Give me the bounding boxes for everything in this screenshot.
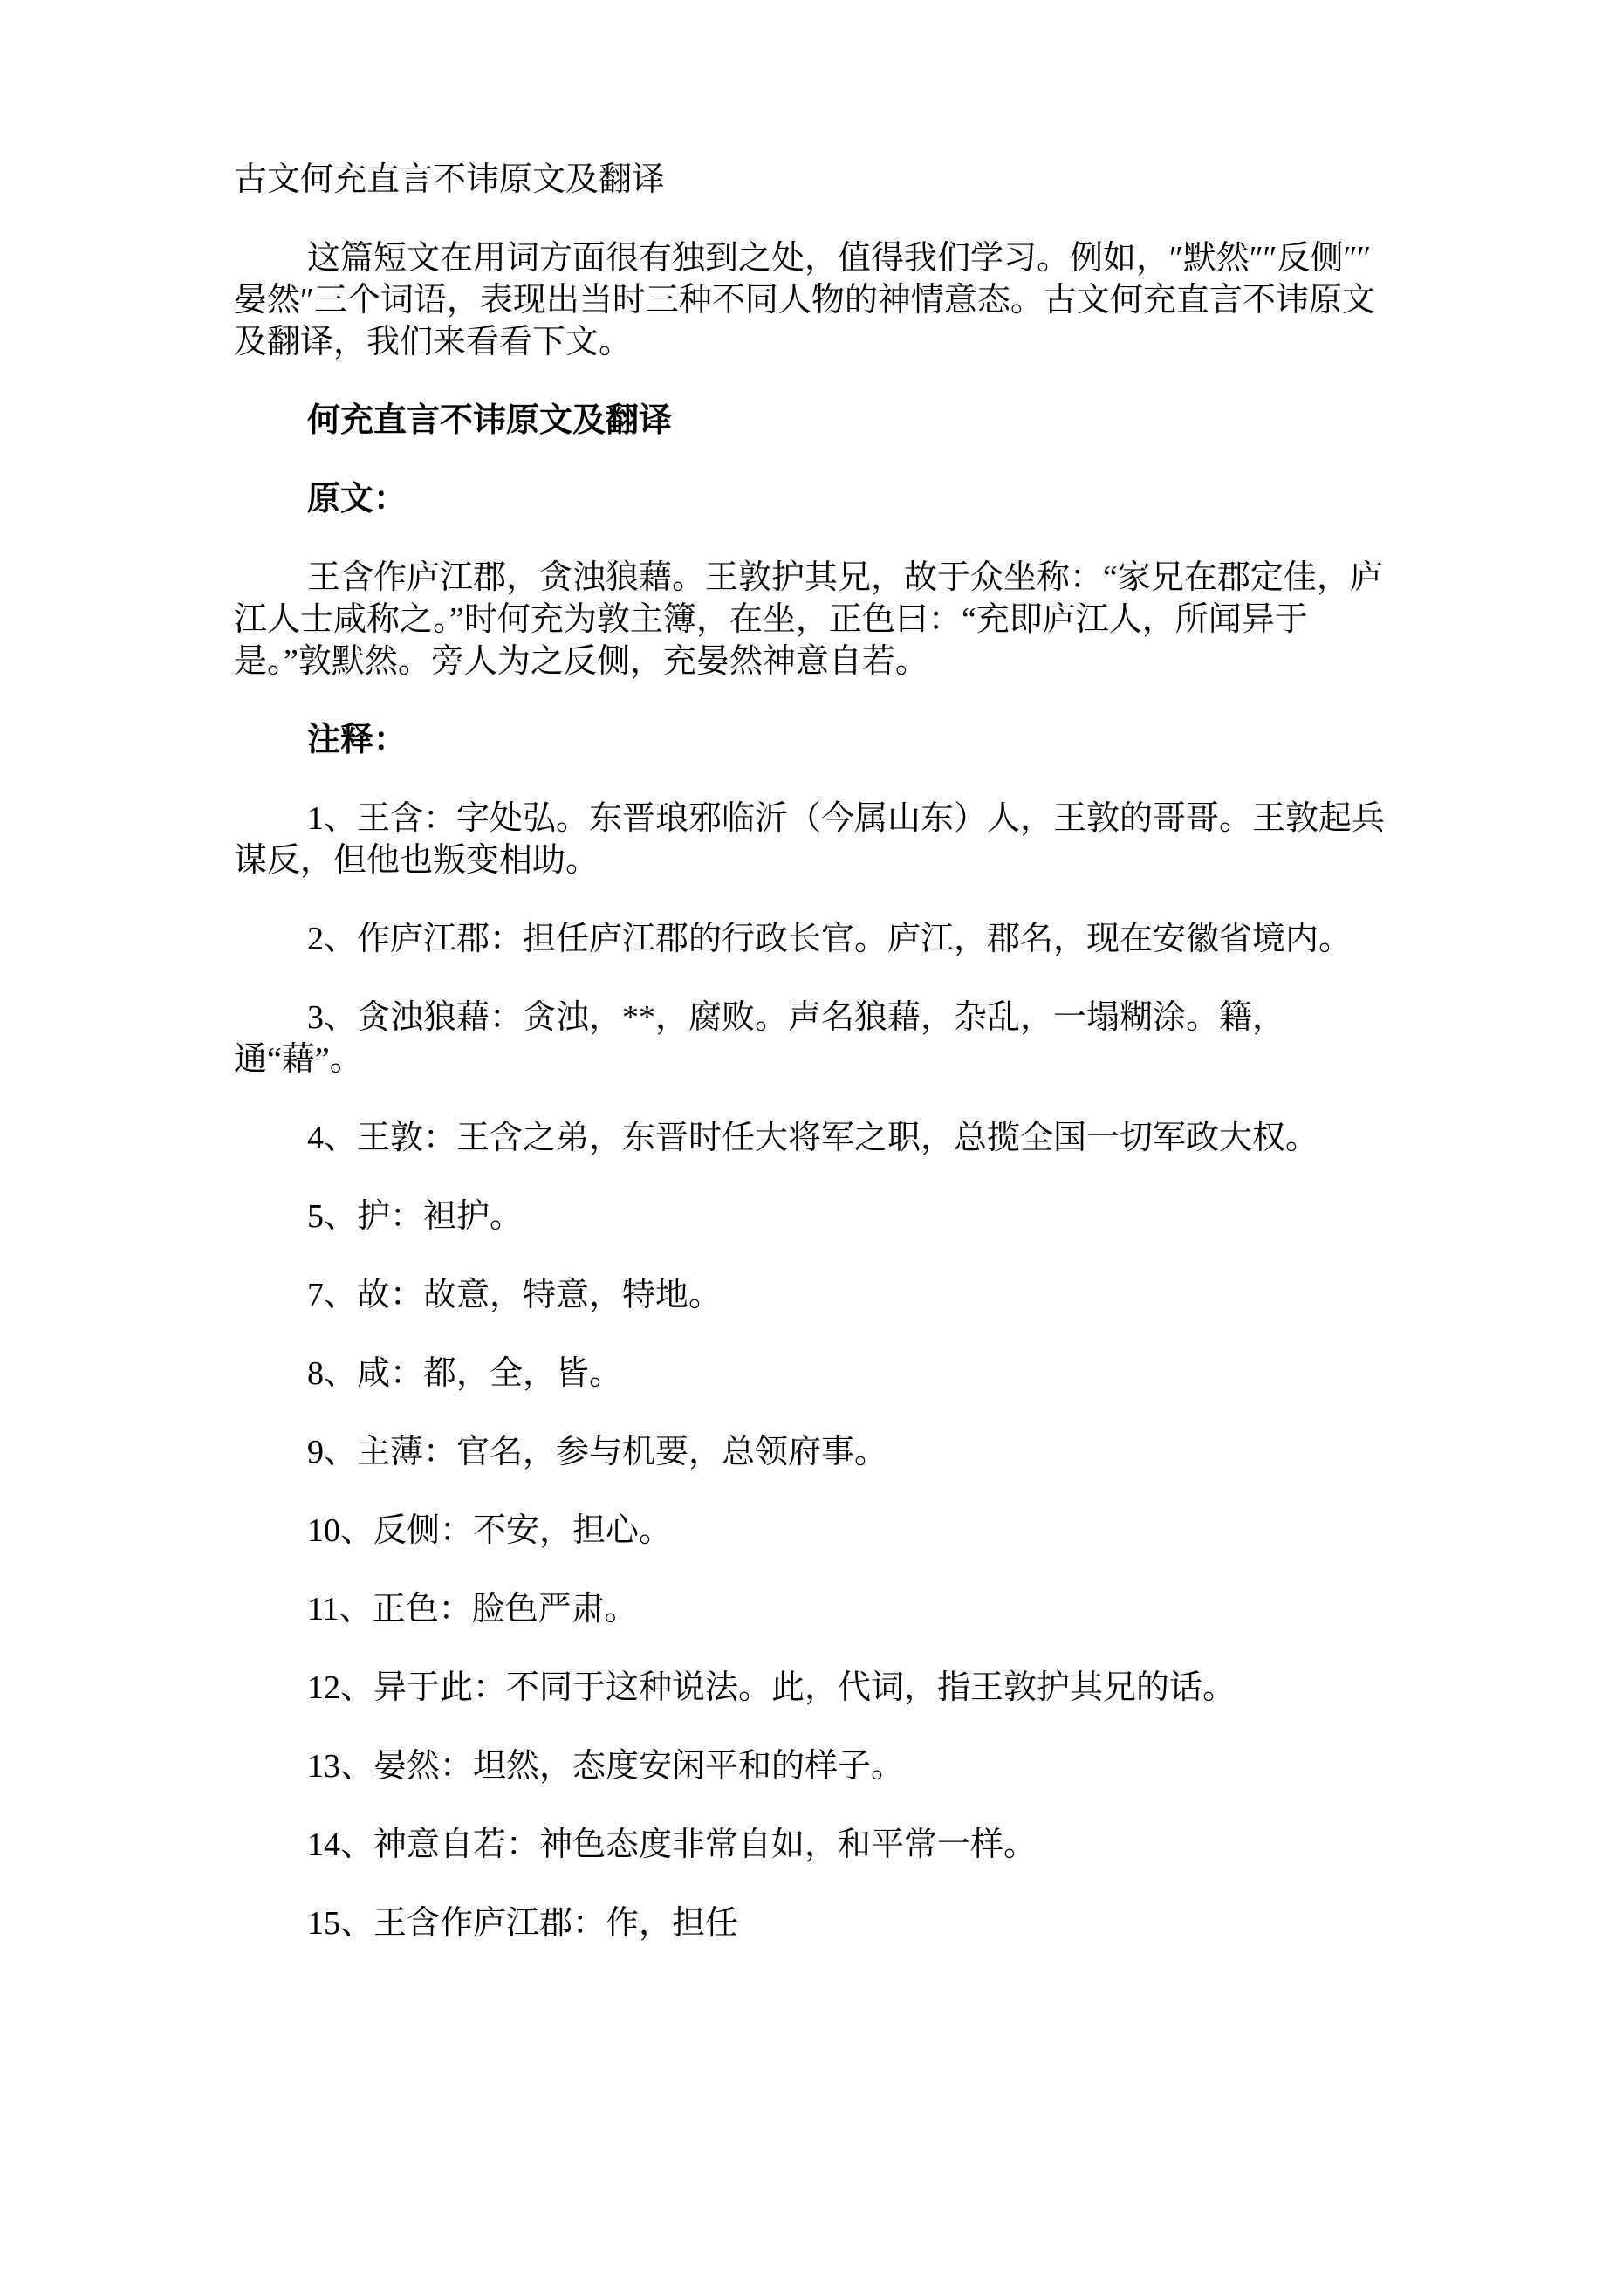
note-item-14: 14、神意自若：神色态度非常自如，和平常一样。 [234,1824,1389,1866]
note-item-2: 2、作庐江郡：担任庐江郡的行政长官。庐江，郡名，现在安徽省境内。 [234,918,1389,960]
original-heading: 原文： [234,478,1389,520]
note-item-15: 15、王含作庐江郡：作，担任 [234,1902,1389,1944]
notes-heading: 注释： [234,719,1389,761]
page-title: 古文何充直言不讳原文及翻译 [234,159,1389,201]
document-page: 古文何充直言不讳原文及翻译 这篇短文在用词方面很有独到之处，值得我们学习。例如，… [0,0,1623,2296]
note-item-10: 10、反侧：不安，担心。 [234,1510,1389,1552]
note-item-12: 12、异于此：不同于这种说法。此，代词，指王敦护其兄的话。 [234,1667,1389,1709]
intro-paragraph: 这篇短文在用词方面很有独到之处，值得我们学习。例如，″默然″″反侧″″晏然″三个… [234,237,1389,363]
note-item-5: 5、护：袒护。 [234,1196,1389,1237]
original-text-paragraph: 王含作庐江郡，贪浊狼藉。王敦护其兄，故于众坐称：“家兄在郡定佳，庐江人士咸称之。… [234,557,1389,682]
note-item-11: 11、正色：脸色严肃。 [234,1588,1389,1630]
section-heading: 何充直言不讳原文及翻译 [234,400,1389,442]
note-item-3: 3、贪浊狼藉：贪浊，**，腐败。声名狼藉，杂乱，一塌糊涂。籍，通“藉”。 [234,997,1389,1080]
note-item-13: 13、晏然：坦然，态度安闲平和的样子。 [234,1745,1389,1787]
note-item-9: 9、主薄：官名，参与机要，总领府事。 [234,1431,1389,1473]
note-item-1: 1、王含：字处弘。东晋琅邪临沂（今属山东）人，王敦的哥哥。王敦起兵谋反，但他也叛… [234,798,1389,881]
note-item-4: 4、王敦：王含之弟，东晋时任大将军之职，总揽全国一切军政大权。 [234,1117,1389,1159]
note-item-7: 7、故：故意，特意，特地。 [234,1274,1389,1316]
note-item-8: 8、咸：都，全，皆。 [234,1353,1389,1395]
